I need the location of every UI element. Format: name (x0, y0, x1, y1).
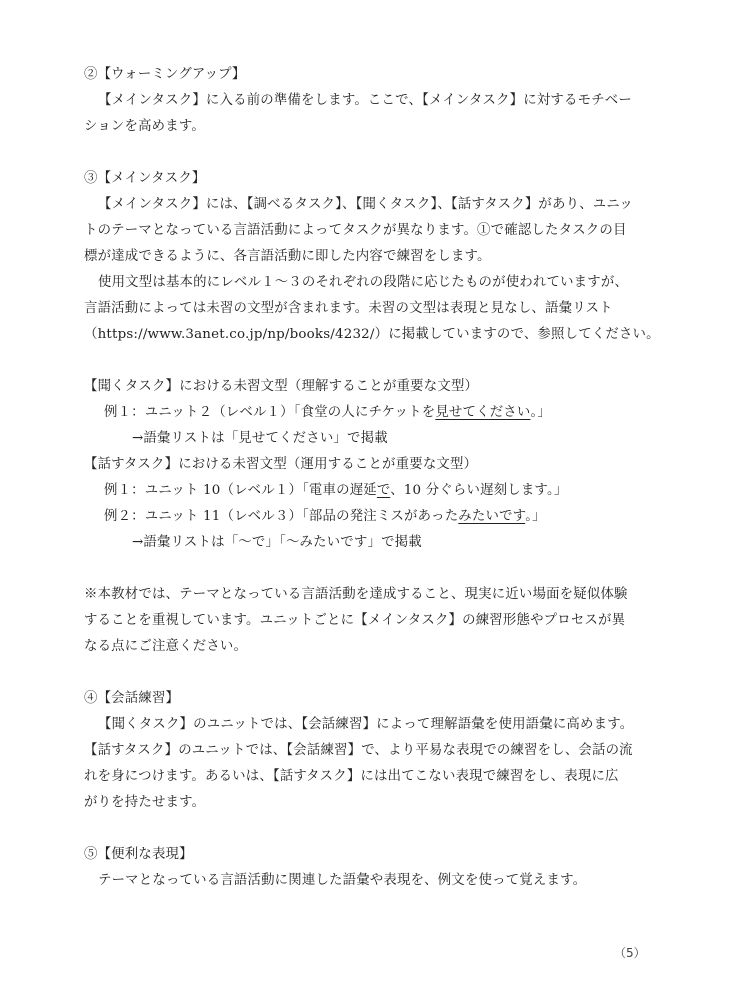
document-page: ②【ウォーミングアップ】 【メインタスク】に入る前の準備をします。ここで、【メイ… (84, 62, 654, 894)
section-heading: ③【メインタスク】 (84, 166, 654, 192)
underlined-pattern: 見せてください (435, 405, 530, 420)
vocab-list-note: →語彙リストは「～で」「～みたいです」で掲載 (84, 530, 654, 556)
example-text: 、10 分ぐらい遅刻します。」 (390, 483, 567, 498)
underlined-pattern: で (377, 483, 390, 498)
paragraph-line: ションを高めます。 (84, 114, 654, 140)
spacer (84, 816, 654, 842)
paragraph-line: 言語活動によっては未習の文型が含まれます。未習の文型は表現と見なし、語彙リスト (84, 296, 654, 322)
speaking-task-heading: 【話すタスク】における未習文型（運用することが重要な文型） (84, 452, 654, 478)
paragraph-line: 【話すタスク】のユニットでは、【会話練習】で、より平易な表現での練習をし、会話の… (84, 738, 654, 764)
example-line: 例１：ユニット 10（レベル１）「電車の遅延で、10 分ぐらい遅刻します。」 (84, 478, 654, 504)
spacer (84, 140, 654, 166)
paragraph-line: テーマとなっている言語活動に関連した語彙や表現を、例文を使って覚えます。 (84, 868, 654, 894)
listening-task-heading: 【聞くタスク】における未習文型（理解することが重要な文型） (84, 374, 654, 400)
section-heading: ④【会話練習】 (84, 686, 654, 712)
example-line: 例１：ユニット２（レベル１）「食堂の人にチケットを見せてください。」 (84, 400, 654, 426)
note-line: ※本教材では、テーマとなっている言語活動を達成すること、現実に近い場面を疑似体験 (84, 582, 654, 608)
paragraph-line: 【聞くタスク】のユニットでは、【会話練習】によって理解語彙を使用語彙に高めます。 (84, 712, 654, 738)
note-line: することを重視しています。ユニットごとに【メインタスク】の練習形態やプロセスが異 (84, 608, 654, 634)
underlined-pattern: みたいです (458, 509, 525, 524)
page-number: （5） (614, 944, 646, 961)
example-text: 例２：ユニット 11（レベル３）「部品の発注ミスがあった (104, 509, 458, 524)
paragraph-line: 【メインタスク】に入る前の準備をします。ここで、【メインタスク】に対するモチベー (84, 88, 654, 114)
section-main-task: ③【メインタスク】 【メインタスク】には、【調べるタスク】、【聞くタスク】、【話… (84, 166, 654, 660)
paragraph-line: 使用文型は基本的にレベル１～３のそれぞれの段階に応じたものが使われていますが、 (84, 270, 654, 296)
example-text: 例１：ユニット 10（レベル１）「電車の遅延 (104, 483, 377, 498)
paragraph-line: トのテーマとなっている言語活動によってタスクが異なります。①で確認したタスクの目 (84, 218, 654, 244)
paragraph-line-with-url: （https://www.3anet.co.jp/np/books/4232/）… (84, 322, 654, 348)
paragraph-line: れを身につけます。あるいは、【話すタスク】には出てこない表現で練習をし、表現に広 (84, 764, 654, 790)
spacer (84, 348, 654, 374)
section-heading: ⑤【便利な表現】 (84, 842, 654, 868)
paragraph-line: がりを持たせます。 (84, 790, 654, 816)
example-line: 例２：ユニット 11（レベル３）「部品の発注ミスがあったみたいです。」 (84, 504, 654, 530)
example-text: 。」 (525, 509, 545, 524)
note-line: なる点にご注意ください。 (84, 634, 654, 660)
section-conversation: ④【会話練習】 【聞くタスク】のユニットでは、【会話練習】によって理解語彙を使用… (84, 686, 654, 816)
paragraph-line: 【メインタスク】には、【調べるタスク】、【聞くタスク】、【話すタスク】があり、ユ… (84, 192, 654, 218)
section-expressions: ⑤【便利な表現】 テーマとなっている言語活動に関連した語彙や表現を、例文を使って… (84, 842, 654, 894)
example-text: 例１：ユニット２（レベル１）「食堂の人にチケットを (104, 405, 435, 420)
section-heading: ②【ウォーミングアップ】 (84, 62, 654, 88)
section-warmup: ②【ウォーミングアップ】 【メインタスク】に入る前の準備をします。ここで、【メイ… (84, 62, 654, 140)
paragraph-line: 標が達成できるように、各言語活動に即した内容で練習をします。 (84, 244, 654, 270)
example-text: 。」 (530, 405, 550, 420)
spacer (84, 660, 654, 686)
spacer (84, 556, 654, 582)
vocab-list-note: →語彙リストは「見せてください」で掲載 (84, 426, 654, 452)
